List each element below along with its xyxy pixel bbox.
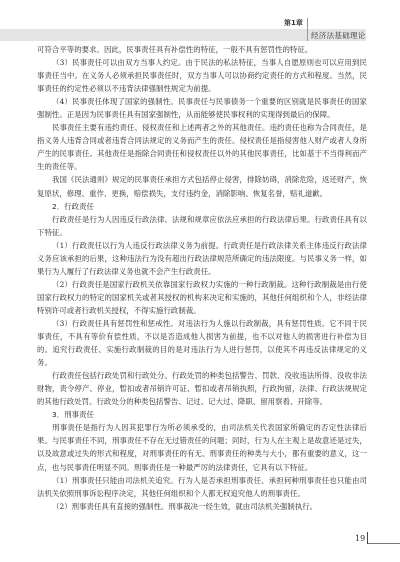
section-heading-administrative: 2．行政责任 — [37, 200, 367, 213]
paragraph: （1）行政责任以行为人违反行政法律义务为前提。行政责任是行政法律关系主体违反行政… — [37, 239, 367, 278]
paragraph-continuation: 可符合平等的要求。因此，民事责任具有补偿性的特征，一般不具有惩罚性的特征。 — [37, 43, 367, 56]
header-divider — [307, 18, 308, 41]
paragraph: （2）行政责任是国家行政机关依靠国家行政权力实施的一种行政制裁。这种行政制裁是由… — [37, 278, 367, 317]
section-heading-criminal: 3．刑事责任 — [37, 408, 367, 421]
paragraph: 民事责任主要有违约责任、侵权责任和上述两者之外的其他责任。违约责任也称为合同责任… — [37, 121, 367, 173]
paragraph: （3）民事责任可以由双方当事人约定。由于民法的私法特征，当事人自愿原则也可以应用… — [37, 56, 367, 95]
paragraph: （1）刑事责任只能由司法机关追究。行为人是否承担刑事责任、承担何种刑事责任也只能… — [37, 474, 367, 500]
chapter-number: 第1章 — [284, 18, 303, 28]
page-body: 可符合平等的要求。因此，民事责任具有补偿性的特征，一般不具有惩罚性的特征。 （3… — [37, 43, 367, 513]
paragraph: （4）民事责任体现了国家的强制性。民事责任与民事债务一个重要的区别就是民事责任的… — [37, 95, 367, 121]
footer-rule — [368, 543, 400, 544]
paragraph: 刑事责任是指行为人因其犯罪行为所必须承受的，由司法机关代表国家所确定的否定性法律… — [37, 421, 367, 473]
paragraph: （3）行政责任具有惩罚性和惩戒性。对违法行为人施以行政制裁，具有惩罚性质。它不同… — [37, 317, 367, 369]
paragraph: （2）刑事责任具有直接的强制性。刑事裁决一经生效，就由司法机关强制执行。 — [37, 500, 367, 513]
page-number: 19 — [355, 534, 365, 543]
paragraph: 行政责任是行为人因违反行政法律、法规和规章应依法应承担的行政法律后果。行政责任具… — [37, 213, 367, 239]
paragraph: 行政责任包括行政处罚和行政处分。行政处罚的种类包括警告、罚款、没收违法所得、没收… — [37, 369, 367, 408]
chapter-title: 经济法基础理论 — [311, 30, 366, 41]
paragraph: 我国《民法通则》规定的民事责任承担方式包括停止侵害，排除妨碍，消除危险，返还财产… — [37, 173, 367, 199]
